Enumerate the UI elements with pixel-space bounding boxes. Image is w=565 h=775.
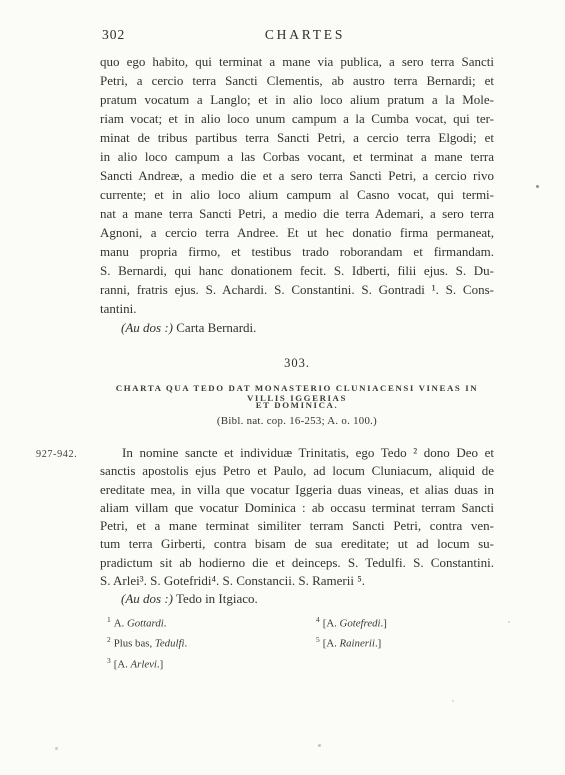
footnote-marker: 5 <box>316 635 320 644</box>
footnote-prefix: [A. <box>323 618 340 630</box>
text-line: Agnoni, a cercio terra Andree. Et ut hec… <box>100 223 494 242</box>
au-dos-text: Carta Bernardi. <box>176 320 256 335</box>
running-head: 302 CHARTES <box>100 27 494 47</box>
scan-speck <box>508 621 510 623</box>
text-line: manu propria firmo, et testibus trado ro… <box>100 242 494 261</box>
footnote-suffix: .] <box>157 658 163 670</box>
scan-speck <box>452 700 454 702</box>
footnote-suffix: .] <box>381 618 387 630</box>
text-line: quo ego habito, qui terminat a mane via … <box>100 52 494 71</box>
scanned-book-page: 302 CHARTES quo ego habito, qui terminat… <box>0 0 565 775</box>
au-dos-label: (Au dos :) <box>121 320 173 335</box>
text-line: Petri, et a mane terminat similiter terr… <box>100 517 494 535</box>
footnote-italic: Gottardi <box>127 618 164 630</box>
scan-speck <box>55 747 58 750</box>
footnote-prefix: [A. <box>114 658 131 670</box>
text-line: Sancti Andreæ, a medio die et a sero ter… <box>100 166 494 185</box>
charter-303-source-ref: (Bibl. nat. cop. 16-253; A. o. 100.) <box>100 415 494 427</box>
text-line: S. Arlei³. S. Gotefridi⁴. S. Constancii.… <box>100 572 494 590</box>
footnote: 3[A. Arlevi.] <box>107 653 307 673</box>
charter-303-number: 303. <box>100 356 494 371</box>
text-line: in alio loco campum a las Corbas vocant,… <box>100 147 494 166</box>
text-line: S. Bernardi, qui hanc donationem fecit. … <box>100 261 494 280</box>
text-line: sanctis apostolis ejus Petro et Paulo, a… <box>100 462 494 480</box>
footnote: 1A. Gottardi. <box>107 612 307 632</box>
text-line: In nomine sancte et individuæ Trinitatis… <box>100 444 494 462</box>
footnote-italic: Gotefredi <box>340 618 381 630</box>
charter-303-title-line2: ET DOMINICA. <box>100 400 494 410</box>
footnote-suffix: . <box>164 618 167 630</box>
text-line: aliam villam que vocatur Dominica : ab o… <box>100 499 494 517</box>
footnote-prefix: [A. <box>323 638 340 650</box>
au-dos-note: (Au dos :) Tedo in Itgiaco. <box>100 590 494 608</box>
footnote-marker: 4 <box>316 615 320 624</box>
footnote-suffix: .] <box>375 638 381 650</box>
footnote-marker: 2 <box>107 635 111 644</box>
au-dos-label: (Au dos :) <box>121 591 173 606</box>
text-line: pratum vocatum a Langlo; et in alio loco… <box>100 90 494 109</box>
text-line: riam vocat; et in alio loco unum campum … <box>100 109 494 128</box>
text-line: Petri, a cercio terra Sancti Clementis, … <box>100 71 494 90</box>
page-number: 302 <box>102 27 125 43</box>
text-line: ereditate mea, in villa que vocatur Igge… <box>100 481 494 499</box>
footnote: 2Plus bas, Tedulfi. <box>107 632 307 652</box>
scan-speck <box>536 185 539 188</box>
text-line: currente; et in alio loco alium campum a… <box>100 185 494 204</box>
text-line: pradictum sit ab hodierno die et deincep… <box>100 554 494 572</box>
text-line: nat a mane terra Sancti Petri, a medio d… <box>100 204 494 223</box>
au-dos-note: (Au dos :) Carta Bernardi. <box>100 318 494 337</box>
charter-302-body: quo ego habito, qui terminat a mane via … <box>100 52 494 337</box>
footnote-prefix: A. <box>114 618 127 630</box>
text-line: ranni, fratris ejus. S. Achardi. S. Cons… <box>100 280 494 299</box>
footnote-italic: Rainerii <box>340 638 375 650</box>
margin-date-note: 927-942. <box>36 449 77 460</box>
scan-speck <box>318 744 321 747</box>
footnote-marker: 1 <box>107 615 111 624</box>
footnote: 4[A. Gotefredi.] <box>316 612 496 632</box>
charter-303-body: In nomine sancte et individuæ Trinitatis… <box>100 444 494 609</box>
footnote-italic: Tedulfi <box>155 638 185 650</box>
footnote-italic: Arlevi <box>131 658 157 670</box>
footnotes-right-column: 4[A. Gotefredi.] 5[A. Rainerii.] <box>316 612 496 653</box>
footnotes-left-column: 1A. Gottardi. 2Plus bas, Tedulfi. 3[A. A… <box>107 612 307 673</box>
footnote: 5[A. Rainerii.] <box>316 632 496 652</box>
text-line: minat de tribus partibus terra Sancti Pe… <box>100 128 494 147</box>
footnote-prefix: Plus bas, <box>114 638 155 650</box>
footnote-marker: 3 <box>107 656 111 665</box>
au-dos-text: Tedo in Itgiaco. <box>176 591 258 606</box>
footnote-suffix: . <box>184 638 187 650</box>
text-line: tum terra Girberti, contra bisam de sua … <box>100 535 494 553</box>
running-title: CHARTES <box>100 27 494 43</box>
text-line: tantini. <box>100 299 494 318</box>
